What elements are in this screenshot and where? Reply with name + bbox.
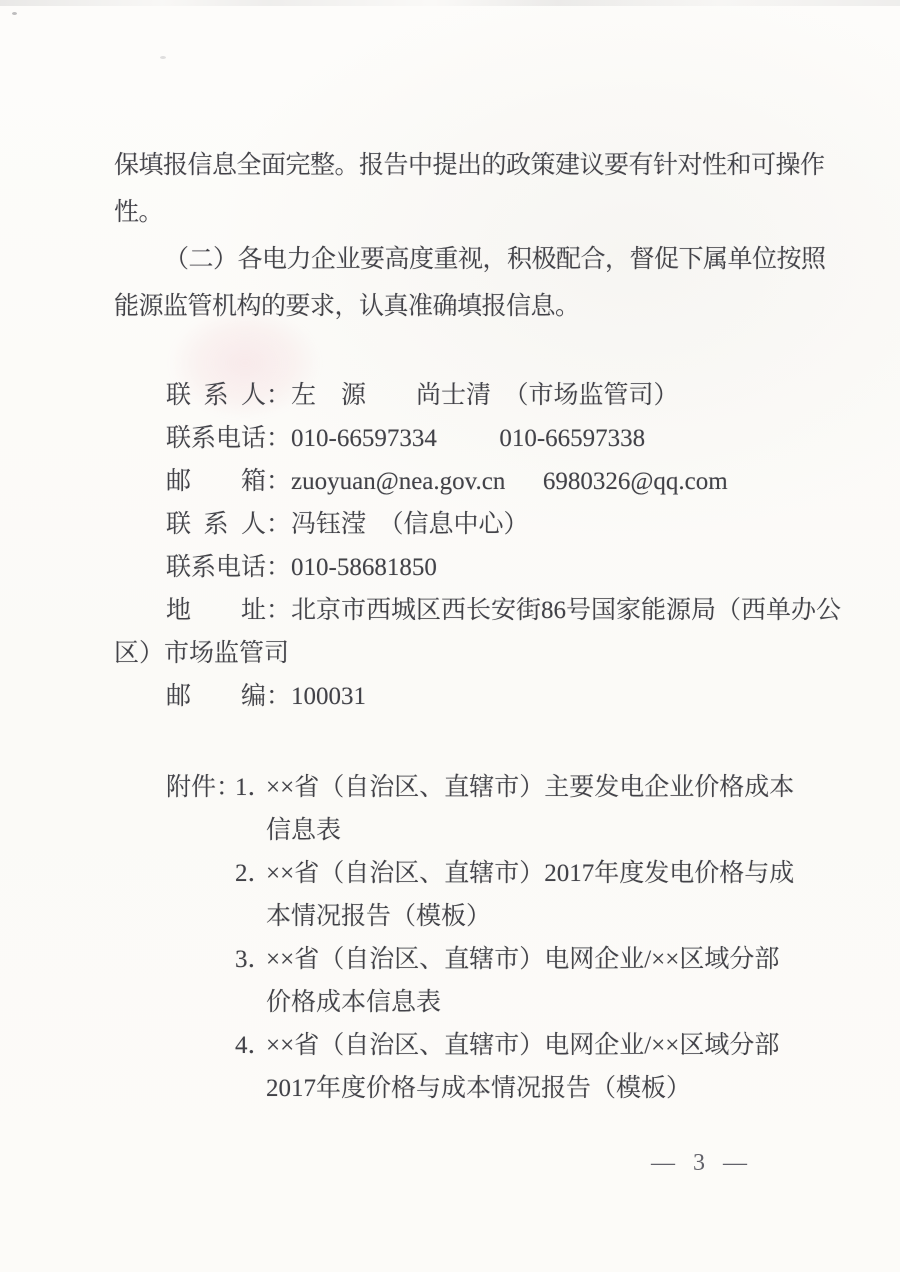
attachment-item: 2． ××省（自治区、直辖市）2017年度发电价格与成 本情况报告（模板） [114, 852, 794, 938]
contact-phone-line: 联系电话：010-66597334 010-66597338 [114, 417, 794, 460]
attachment-text-line: 2017年度价格与成本情况报告（模板） [266, 1067, 779, 1110]
page-number: — 3 — [651, 1148, 750, 1178]
attachment-number: 3． [235, 938, 266, 981]
contact-person-line: 联 系 人：冯钰滢 （信息中心） [114, 503, 794, 546]
attachments-block: 附件： 1． ××省（自治区、直辖市）主要发电企业价格成本 信息表 2． ××省… [114, 766, 794, 1110]
document-body: 保填报信息全面完整。报告中提出的政策建议要有针对性和可操作 性。 （二）各电力企… [114, 142, 794, 1110]
body-text-line: （二）各电力企业要高度重视，积极配合，督促下属单位按照 [114, 236, 794, 283]
scan-speckle [12, 12, 17, 15]
body-text-line: 保填报信息全面完整。报告中提出的政策建议要有针对性和可操作 [114, 142, 794, 189]
contact-address-line: 地 址：北京市西城区西长安街86号国家能源局（西单办公 [114, 589, 794, 632]
paragraph-item-two: （二）各电力企业要高度重视，积极配合，督促下属单位按照 能源监管机构的要求，认真… [114, 236, 794, 330]
contact-info-block: 联 系 人：左 源 尚士清 （市场监管司） 联系电话：010-66597334 … [114, 374, 794, 718]
attachment-text: ××省（自治区、直辖市）电网企业/××区域分部 价格成本信息表 [266, 938, 779, 1024]
attachment-item: 4． ××省（自治区、直辖市）电网企业/××区域分部 2017年度价格与成本情况… [114, 1024, 794, 1110]
attachment-text-line: ××省（自治区、直辖市）电网企业/××区域分部 [266, 1024, 779, 1067]
attachment-text: ××省（自治区、直辖市）电网企业/××区域分部 2017年度价格与成本情况报告（… [266, 1024, 779, 1110]
attachment-text-line: 本情况报告（模板） [266, 895, 794, 938]
scanned-document-page: 保填报信息全面完整。报告中提出的政策建议要有针对性和可操作 性。 （二）各电力企… [0, 0, 900, 1272]
attachment-number: 4． [235, 1024, 266, 1067]
attachment-text: ××省（自治区、直辖市）主要发电企业价格成本 信息表 [266, 766, 794, 852]
attachment-text-line: 价格成本信息表 [266, 981, 779, 1024]
contact-address-wrap-line: 区）市场监管司 [114, 632, 794, 675]
attachment-number: 1． [235, 766, 266, 809]
contact-person-line: 联 系 人：左 源 尚士清 （市场监管司） [114, 374, 794, 417]
body-text-line: 能源监管机构的要求，认真准确填报信息。 [114, 283, 794, 330]
attachment-item: 3． ××省（自治区、直辖市）电网企业/××区域分部 价格成本信息表 [114, 938, 794, 1024]
attachment-number: 2． [235, 852, 266, 895]
scan-speckle [160, 56, 166, 59]
attachment-text-line: ××省（自治区、直辖市）电网企业/××区域分部 [266, 938, 779, 981]
attachment-item: 附件： 1． ××省（自治区、直辖市）主要发电企业价格成本 信息表 [114, 766, 794, 852]
contact-email-line: 邮 箱：zuoyuan@nea.gov.cn 6980326@qq.com [114, 460, 794, 503]
attachment-text: ××省（自治区、直辖市）2017年度发电价格与成 本情况报告（模板） [266, 852, 794, 938]
attachment-text-line: 信息表 [266, 809, 794, 852]
contact-postcode-line: 邮 编：100031 [114, 675, 794, 718]
contact-phone-line: 联系电话：010-58681850 [114, 546, 794, 589]
body-text-line: 性。 [114, 189, 794, 236]
attachments-label: 附件： [166, 766, 235, 809]
scan-edge-shadow [0, 0, 900, 6]
attachment-text-line: ××省（自治区、直辖市）2017年度发电价格与成 [266, 852, 794, 895]
attachment-text-line: ××省（自治区、直辖市）主要发电企业价格成本 [266, 766, 794, 809]
paragraph-continuation: 保填报信息全面完整。报告中提出的政策建议要有针对性和可操作 性。 [114, 142, 794, 236]
